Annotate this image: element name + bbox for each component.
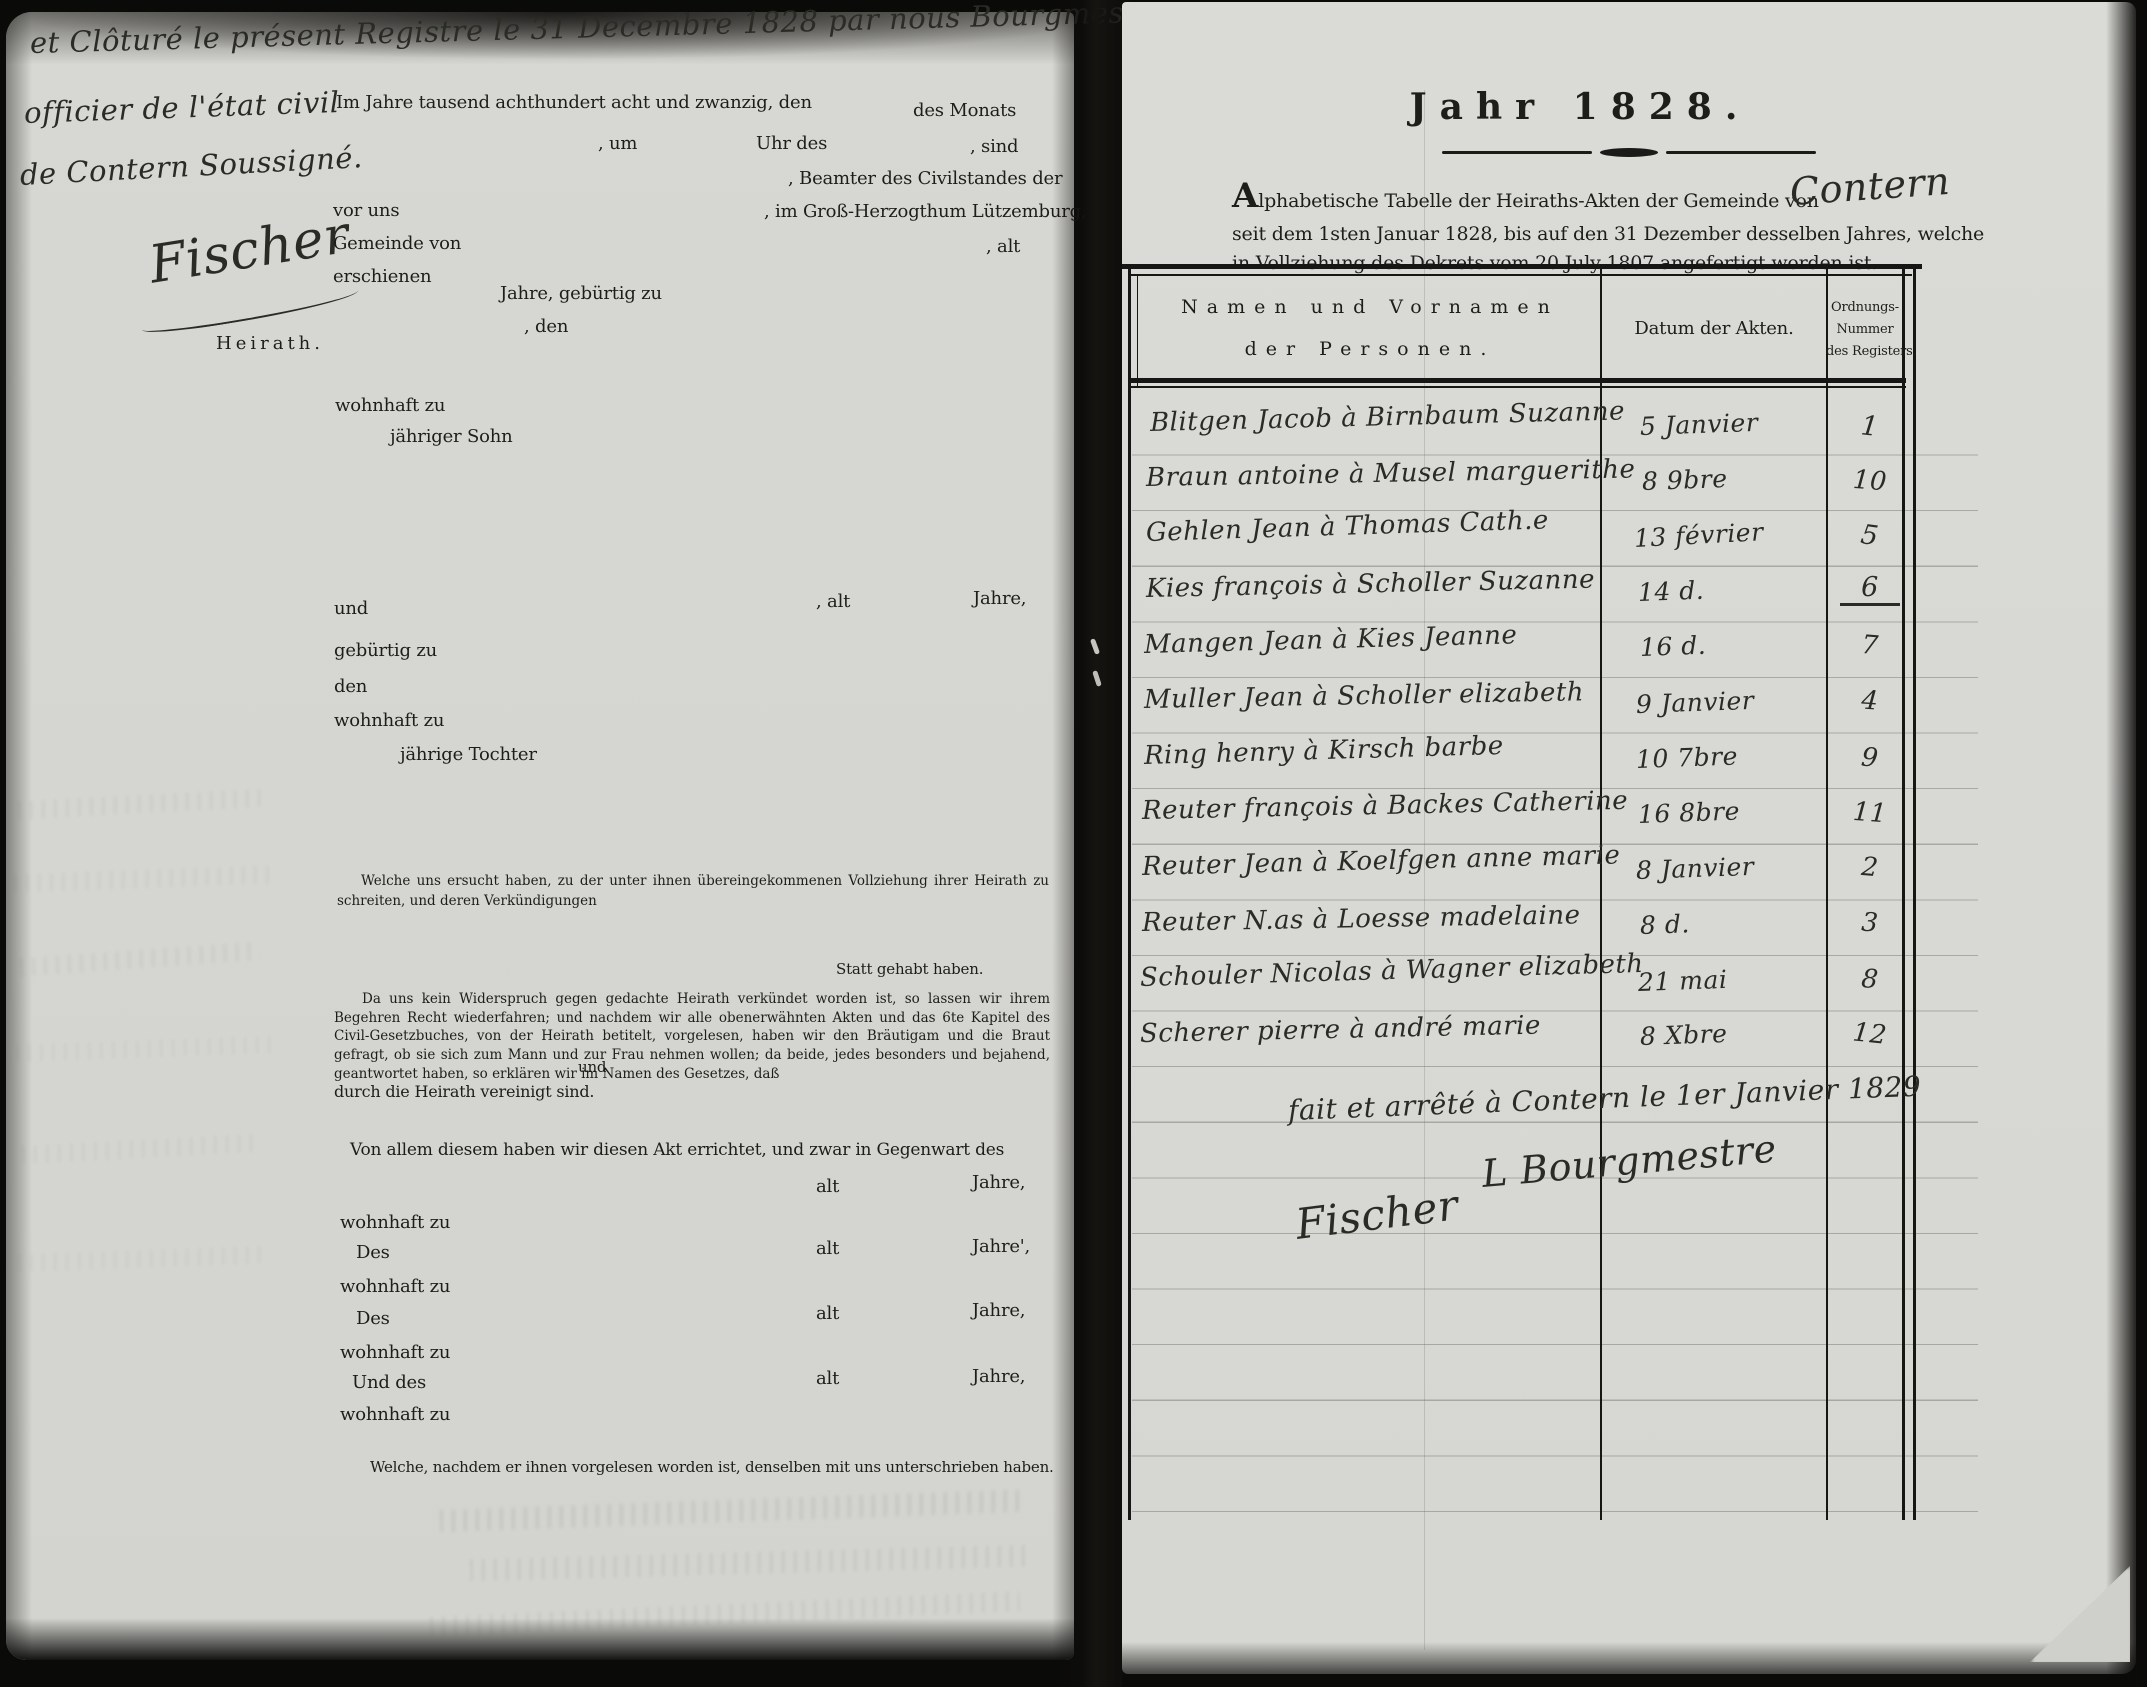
row-date: 8 d.	[1639, 909, 1690, 940]
form-im-jahre: Im Jahre tausend achthundert acht und zw…	[336, 92, 812, 113]
row-date: 8 Xbre	[1639, 1019, 1727, 1051]
right-page-bottom-shadow	[1122, 1642, 2136, 1687]
row-number: 8	[1839, 962, 1901, 997]
table-right-border-outer	[1913, 264, 1916, 1520]
form-erschienen: erschienen	[333, 266, 431, 287]
intro-line3: in Vollziehung des Dekrets vom 20 July 1…	[1232, 252, 1972, 274]
table-left-border-inner	[1137, 274, 1138, 388]
witness-2-jahre: Jahre',	[972, 1236, 1030, 1257]
form-und-2: und	[578, 1058, 606, 1076]
form-durch-heirath: durch die Heirath vereinigt sind.	[334, 1082, 594, 1101]
intro-initial: A	[1232, 176, 1258, 216]
form-comma-alt-2: , alt	[816, 591, 850, 612]
row-number: 4	[1839, 684, 1901, 718]
row-number: 11	[1839, 796, 1901, 830]
form-jaehriger-sohn: jähriger Sohn	[390, 426, 513, 447]
table-right-border	[1902, 264, 1905, 1520]
row-date: 21 mai	[1637, 965, 1727, 997]
form-von-allem: Von allem diesem haben wir diesen Akt er…	[350, 1140, 1004, 1160]
form-jahre-2: Jahre,	[973, 588, 1026, 609]
row-number: 6	[1840, 572, 1900, 606]
witness-2-prefix: Des	[356, 1242, 390, 1263]
witness-4-alt: alt	[816, 1368, 839, 1389]
form-den-2: den	[334, 676, 367, 697]
row-date: 8 9bre	[1641, 464, 1727, 496]
intro-line1: lphabetische Tabelle der Heiraths-Akten …	[1258, 190, 1819, 212]
witness-1-alt: alt	[816, 1176, 839, 1197]
ornament-bar-right	[1666, 151, 1816, 154]
witness-4-jahre: Jahre,	[972, 1366, 1025, 1387]
col1-header-line2: der Personen.	[1140, 338, 1600, 360]
column-divider-2	[1826, 268, 1828, 1520]
row-number: 10	[1839, 464, 1901, 498]
form-comma-um: , um	[598, 133, 637, 154]
form-vor-uns: vor uns	[333, 200, 399, 221]
witness-2-wohnhaft: wohnhaft zu	[340, 1276, 450, 1297]
form-wohnhaft-2: wohnhaft zu	[334, 710, 444, 731]
table-left-border	[1128, 264, 1131, 1520]
form-jahre-gebuertig: Jahre, gebürtig zu	[500, 283, 662, 304]
row-date: 9 Janvier	[1635, 686, 1754, 719]
form-uhr-des: Uhr des	[756, 133, 827, 154]
form-comma-alt-1: , alt	[986, 236, 1020, 257]
form-comma-den: , den	[524, 316, 568, 337]
witness-3-alt: alt	[816, 1303, 839, 1324]
form-beamter: , Beamter des Civilstandes der	[788, 168, 1062, 189]
row-number: 9	[1838, 740, 1901, 776]
row-number: 2	[1839, 850, 1901, 885]
col2-header: Datum der Akten.	[1602, 318, 1826, 339]
title-ornament-rule	[1442, 148, 1816, 157]
witness-3-wohnhaft: wohnhaft zu	[340, 1342, 450, 1363]
witness-1-wohnhaft: wohnhaft zu	[340, 1212, 450, 1233]
header-separator-heavy	[1130, 378, 1906, 383]
form-und-1: und	[334, 598, 368, 619]
witness-3-jahre: Jahre,	[972, 1300, 1025, 1321]
form-grossherzogthum: , im Groß-Herzogthum Lützemburg,	[764, 201, 1086, 222]
witness-1-jahre: Jahre,	[972, 1172, 1025, 1193]
intro-line2: seit dem 1sten Januar 1828, bis auf den …	[1232, 223, 1972, 245]
witness-4-wohnhaft: wohnhaft zu	[340, 1404, 450, 1425]
col3-header-line3: des Registers.	[1826, 344, 1904, 359]
witness-2-alt: alt	[816, 1238, 839, 1259]
register-scan: et Clôturé le présent Registre le 31 Dec…	[0, 0, 2147, 1687]
form-statt-gehabt: Statt gehabt haben.	[836, 960, 983, 978]
form-para-widerspruch: Da uns kein Widerspruch gegen gedachte H…	[334, 990, 1050, 1083]
row-number: 3	[1839, 906, 1901, 940]
ornament-lens	[1600, 148, 1658, 157]
row-number: 12	[1838, 1016, 1901, 1052]
form-wohnhaft-1: wohnhaft zu	[335, 395, 445, 416]
row-date: 16 d.	[1639, 631, 1706, 662]
table-top-border-heavy	[1122, 264, 1922, 269]
form-heirath: Heirath.	[216, 333, 324, 354]
form-des-monats: des Monats	[913, 100, 1016, 121]
left-page-left-shadow	[6, 12, 32, 1660]
col3-header-line1: Ordnungs-	[1826, 300, 1904, 315]
col1-header-line1: Namen und Vornamen	[1140, 296, 1600, 318]
ornament-bar-left	[1442, 151, 1592, 154]
row-number: 7	[1839, 628, 1901, 663]
form-gebuertig-zu: gebürtig zu	[334, 640, 437, 661]
row-date: 8 Janvier	[1635, 852, 1754, 885]
form-gemeinde-von: Gemeinde von	[333, 233, 461, 254]
row-date: 14 d.	[1637, 576, 1704, 607]
row-date: 16 8bre	[1637, 796, 1740, 829]
row-date: 10 7bre	[1635, 741, 1738, 774]
form-para-vorgelesen: Welche, nachdem er ihnen vorgelesen word…	[370, 1458, 1054, 1476]
witness-4-prefix: Und des	[352, 1372, 426, 1393]
row-number: 1	[1838, 408, 1901, 445]
year-title: Jahr 1828.	[1390, 86, 1770, 128]
form-comma-sind: , sind	[970, 136, 1018, 157]
form-para-ersucht: Welche uns ersucht haben, zu der unter i…	[337, 872, 1049, 911]
table-top-border-thin	[1130, 274, 1912, 276]
witness-3-prefix: Des	[356, 1308, 390, 1329]
header-separator-thin	[1130, 386, 1906, 388]
right-page-right-shadow	[2106, 2, 2147, 1687]
row-date: 5 Janvier	[1639, 408, 1758, 441]
form-jaehrige-tochter: jährige Tochter	[400, 744, 537, 765]
col3-header-line2: Nummer	[1826, 322, 1904, 337]
